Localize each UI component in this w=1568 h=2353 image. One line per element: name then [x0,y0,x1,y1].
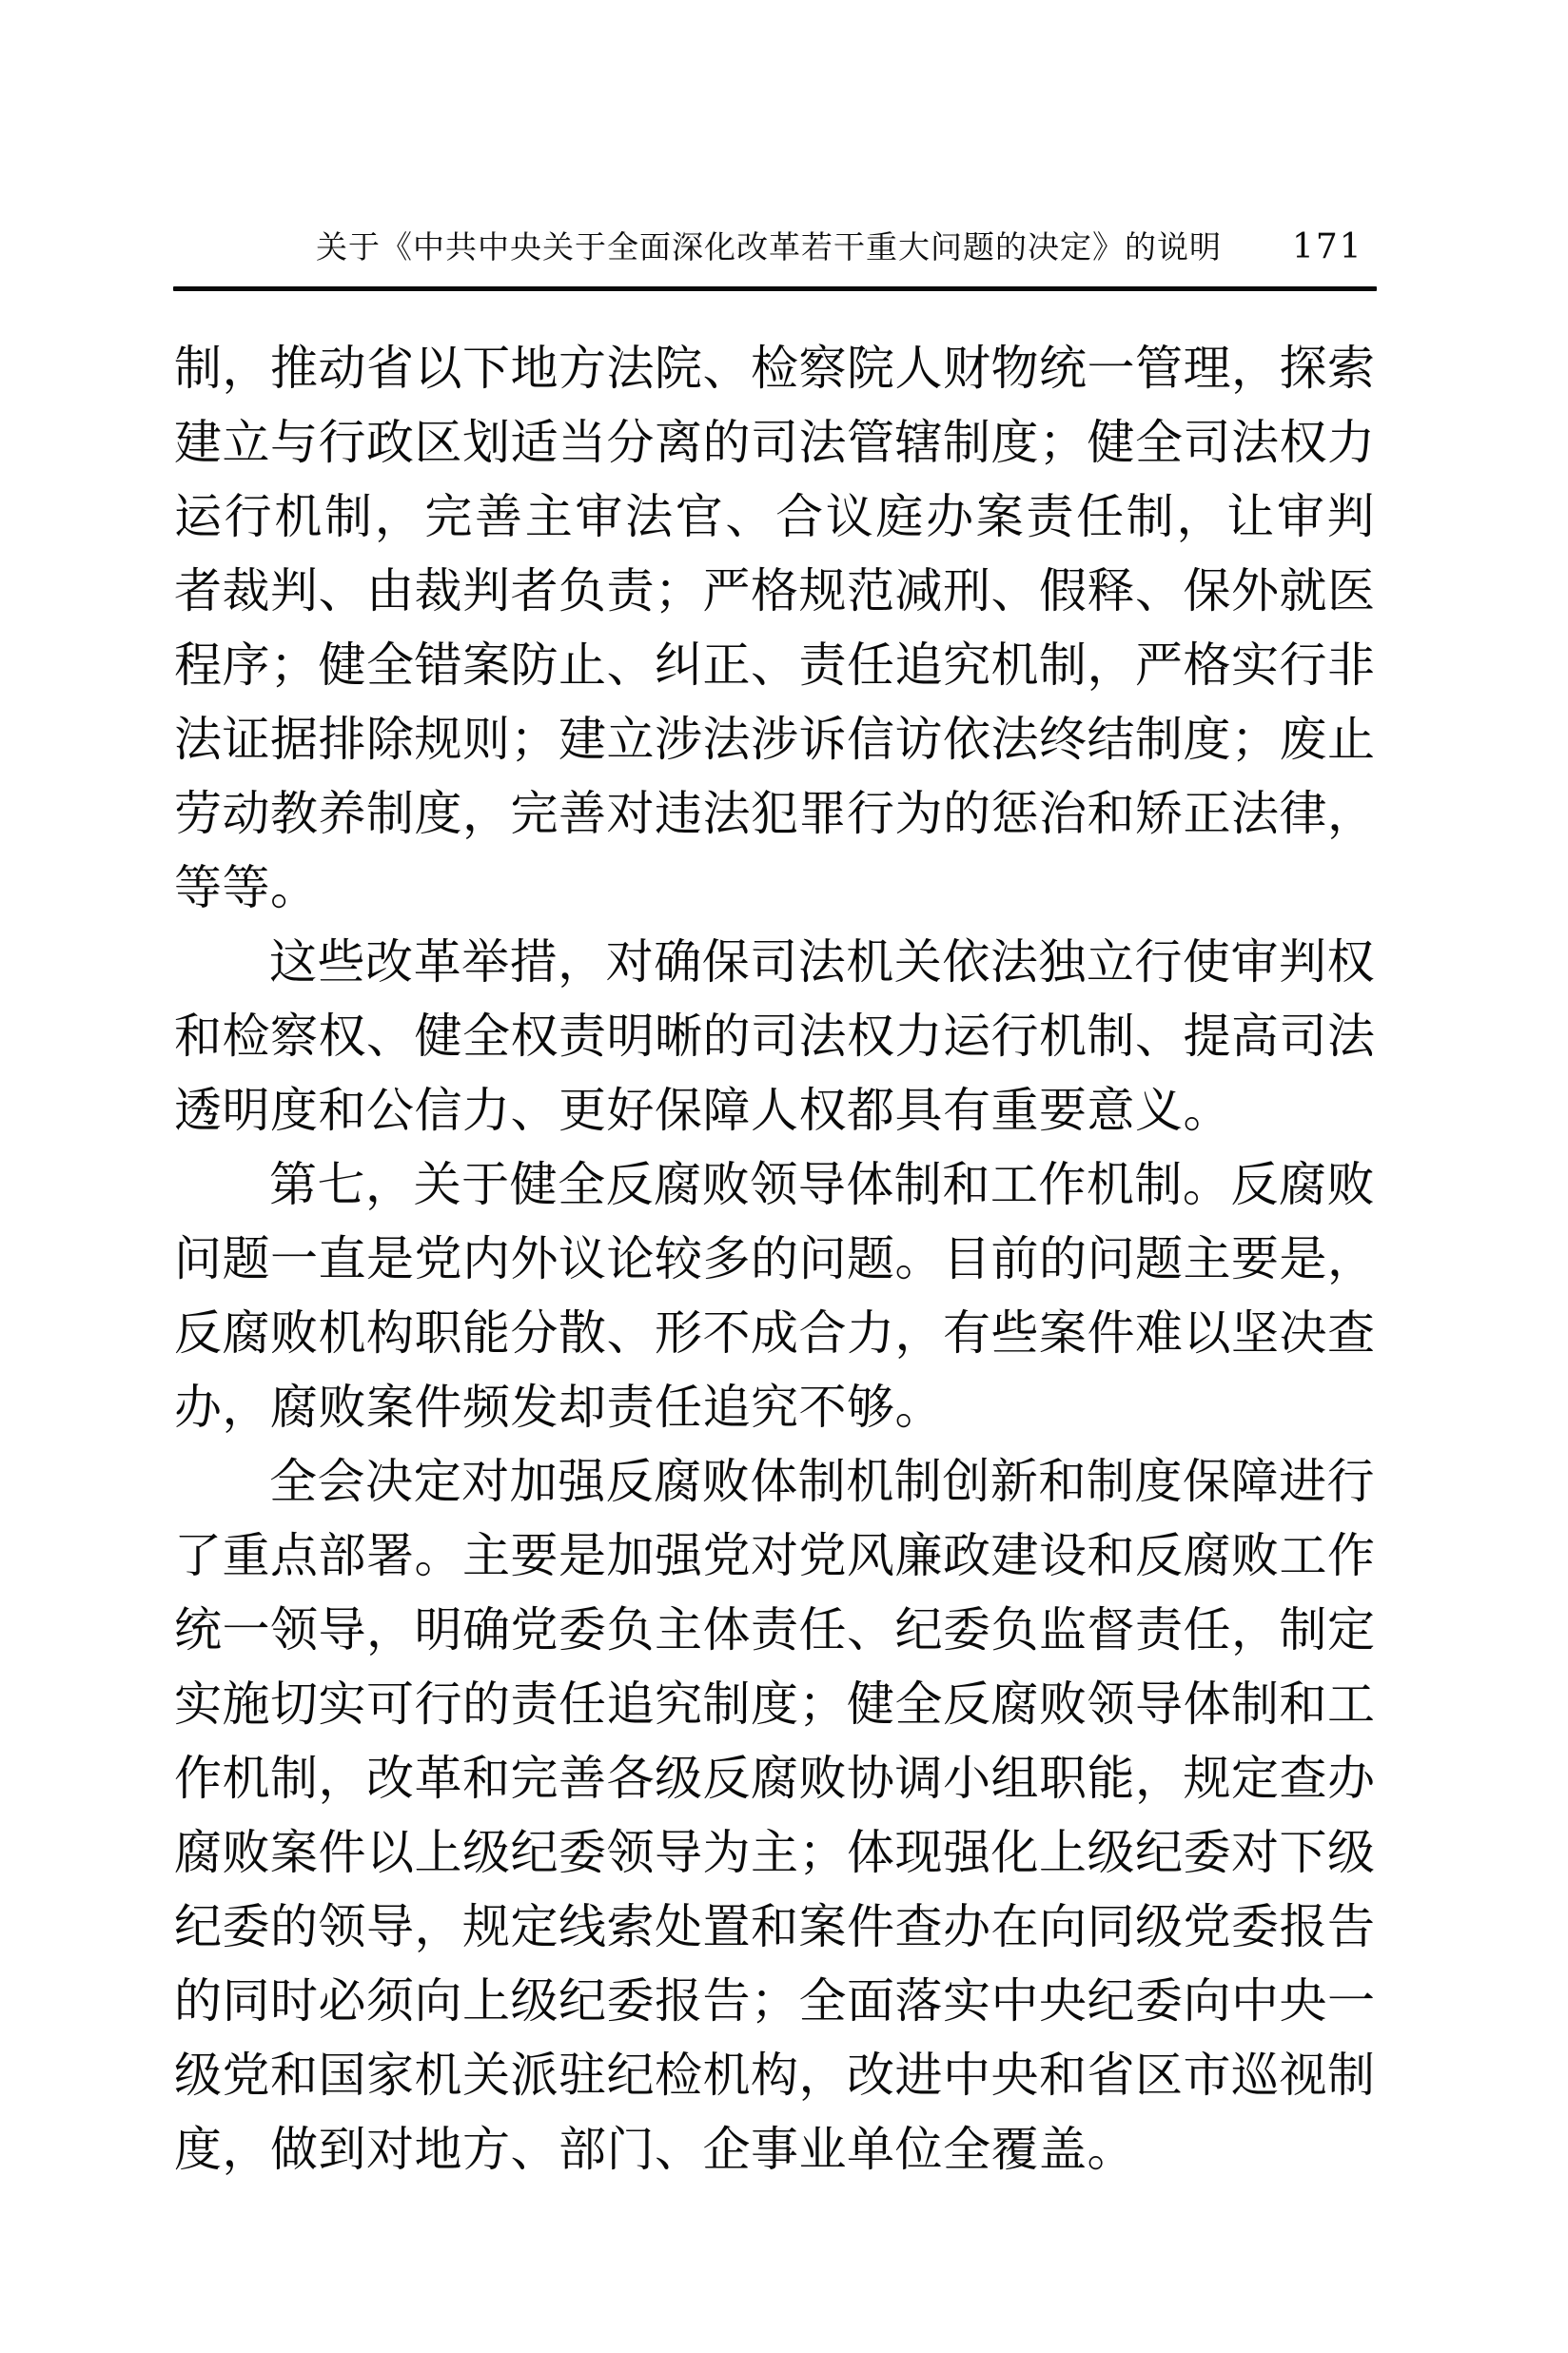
text-line: 建立与行政区划适当分离的司法管辖制度；健全司法权力 [174,405,1375,480]
text-line: 的同时必须向上级纪委报告；全面落实中央纪委向中央一 [174,1964,1375,2038]
text-line: 程序；健全错案防止、纠正、责任追究机制，严格实行非 [174,628,1375,702]
text-line: 运行机制，完善主审法官、合议庭办案责任制，让审判 [174,480,1375,554]
text-line: 实施切实可行的责任追究制度；健全反腐败领导体制和工 [174,1667,1375,1741]
text-line: 制，推动省以下地方法院、检察院人财物统一管理，探索 [174,331,1375,405]
text-line: 第七，关于健全反腐败领导体制和工作机制。反腐败 [174,1147,1375,1222]
body-text-block: 制，推动省以下地方法院、检察院人财物统一管理，探索 建立与行政区划适当分离的司法… [174,331,1375,2186]
text-line: 问题一直是党内外议论较多的问题。目前的问题主要是， [174,1222,1375,1296]
running-header-title: 关于《中共中央关于全面深化改革若干重大问题的决定》的说明 [316,226,1248,268]
book-page: 关于《中共中央关于全面深化改革若干重大问题的决定》的说明 171 制，推动省以下… [0,0,1568,2353]
text-line: 劳动教养制度，完善对违法犯罪行为的惩治和矫正法律， [174,776,1375,851]
text-line: 透明度和公信力、更好保障人权都具有重要意义。 [174,1073,1375,1147]
text-line: 纪委的领导，规定线索处置和案件查办在向同级党委报告 [174,1890,1375,1964]
text-line: 者裁判、由裁判者负责；严格规范减刑、假释、保外就医 [174,554,1375,628]
text-line: 全会决定对加强反腐败体制机制创新和制度保障进行 [174,1444,1375,1519]
text-line: 反腐败机构职能分散、形不成合力，有些案件难以坚决查 [174,1296,1375,1370]
text-line: 和检察权、健全权责明晰的司法权力运行机制、提高司法 [174,999,1375,1073]
text-line: 作机制，改革和完善各级反腐败协调小组职能，规定查办 [174,1741,1375,1815]
text-line: 等等。 [174,851,1375,925]
text-line: 了重点部署。主要是加强党对党风廉政建设和反腐败工作 [174,1519,1375,1593]
text-line: 法证据排除规则；建立涉法涉诉信访依法终结制度；废止 [174,702,1375,776]
text-line: 级党和国家机关派驻纪检机构，改进中央和省区市巡视制 [174,2038,1375,2112]
text-line: 度，做到对地方、部门、企事业单位全覆盖。 [174,2112,1375,2186]
header-rule-divider [173,286,1377,291]
text-line: 办，腐败案件频发却责任追究不够。 [174,1370,1375,1444]
page-number: 171 [1292,226,1359,268]
text-line: 这些改革举措，对确保司法机关依法独立行使审判权 [174,925,1375,999]
text-line: 腐败案件以上级纪委领导为主；体现强化上级纪委对下级 [174,1815,1375,1890]
text-line: 统一领导，明确党委负主体责任、纪委负监督责任，制定 [174,1593,1375,1667]
